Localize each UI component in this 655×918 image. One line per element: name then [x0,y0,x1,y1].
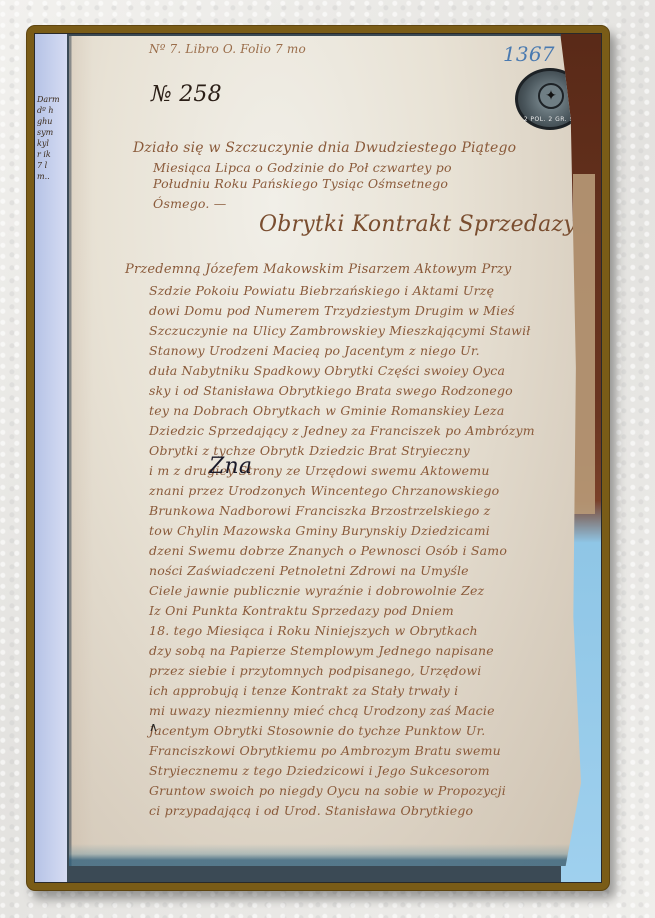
text-line: mi uwazy niezmienny mieć chcą Urodzony z… [149,703,495,718]
text-line: ich approbują i tenze Kontrakt za Stały … [149,683,458,698]
text-line: Przedemną Józefem Makowskim Pisarzem Akt… [125,262,511,277]
text-line: sky i od Stanisława Obrytkiego Brata swe… [149,383,513,398]
text-line: dzeni Swemu dobrze Znanych o Pewnosci Os… [149,543,507,558]
text-line: Gruntow swoich po niegdy Oycu na sobie w… [149,783,506,798]
text-line: Stryiecznemu z tego Dziedzicowi i Jego S… [149,763,490,778]
text-line: Franciszkowi Obrytkiemu po Ambrozym Brat… [149,743,501,758]
text-line: Jacentym Obrytki Stosownie do tychze Pun… [149,723,485,738]
paper-tab [573,174,595,514]
act-number: № 258 [151,82,222,107]
text-line: tey na Dobrach Obrytkach w Gminie Romans… [149,403,504,418]
stray-ink-mark: ∧ [149,720,158,734]
margin-annotation: Zna [209,454,252,479]
text-line: Miesiąca Lipca o Godzinie do Poł czwarte… [153,160,452,175]
adjacent-page-text: Darm dº h ghu sym kyl r ik 7 l m.. [37,94,63,182]
pencil-archive-number: 1367 [503,42,555,66]
reference-line: Nº 7. Libro O. Folio 7 mo [149,42,306,56]
text-line: Ósmego. — [153,196,226,211]
text-line: i m z drugiey Strony ze Urzędowi swemu A… [149,463,490,478]
text-line: Działo się w Szczuczynie dnia Dwudzieste… [133,140,516,156]
picture-frame: Darm dº h ghu sym kyl r ik 7 l m.. Nº 7.… [26,25,610,891]
text-line: Obrytki z tychze Obrytk Dziedzic Brat St… [149,443,470,458]
adjacent-page-edge: Darm dº h ghu sym kyl r ik 7 l m.. [35,34,67,882]
text-line: przez siebie i przytomnych podpisanego, … [149,663,481,678]
text-line: tow Chylin Mazowska Gminy Burynskiy Dzie… [149,523,490,538]
text-line: znani przez Urodzonych Wincentego Chrzan… [149,483,499,498]
text-line: Południu Roku Pańskiego Tysiąc Ośmsetneg… [153,176,448,191]
text-line: Brunkowa Nadborowi Franciszka Brzostrzel… [149,503,490,518]
text-line: duła Nabytniku Spadkowy Obrytki Części s… [149,363,505,378]
text-line: Szdzie Pokoiu Powiatu Biebrzańskiego i A… [149,283,494,298]
text-line: Dziedzic Sprzedający z Jedney za Francis… [149,423,535,438]
text-line: Ciele jawnie publicznie wyraźnie i dobro… [149,583,484,598]
eagle-emblem-icon: ✦ [538,83,564,109]
document-photo: Darm dº h ghu sym kyl r ik 7 l m.. Nº 7.… [34,33,602,883]
text-line: Iz Oni Punkta Kontraktu Sprzedazy pod Dn… [149,603,454,618]
manuscript-page: Nº 7. Libro O. Folio 7 mo № 258 1367 ✦ 2… [69,36,581,866]
text-line: ności Zaświadczeni Petnoletni Zdrowi na … [149,563,469,578]
text-line: ci przypadającą i od Urod. Stanisława Ob… [149,803,473,818]
text-line: dzy sobą na Papierze Stemplowym Jednego … [149,643,494,658]
text-line: 18. tego Miesiąca i Roku Niniejszych w O… [149,623,478,638]
text-line: dowi Domu pod Numerem Trzydziestym Drugi… [149,303,515,318]
text-line: Stanowy Urodzeni Macieą po Jacentym z ni… [149,343,480,358]
document-title: Obrytki Kontrakt Sprzedazy [259,212,576,237]
text-line: Szczuczynie na Ulicy Zambrowskiey Mieszk… [149,323,531,338]
